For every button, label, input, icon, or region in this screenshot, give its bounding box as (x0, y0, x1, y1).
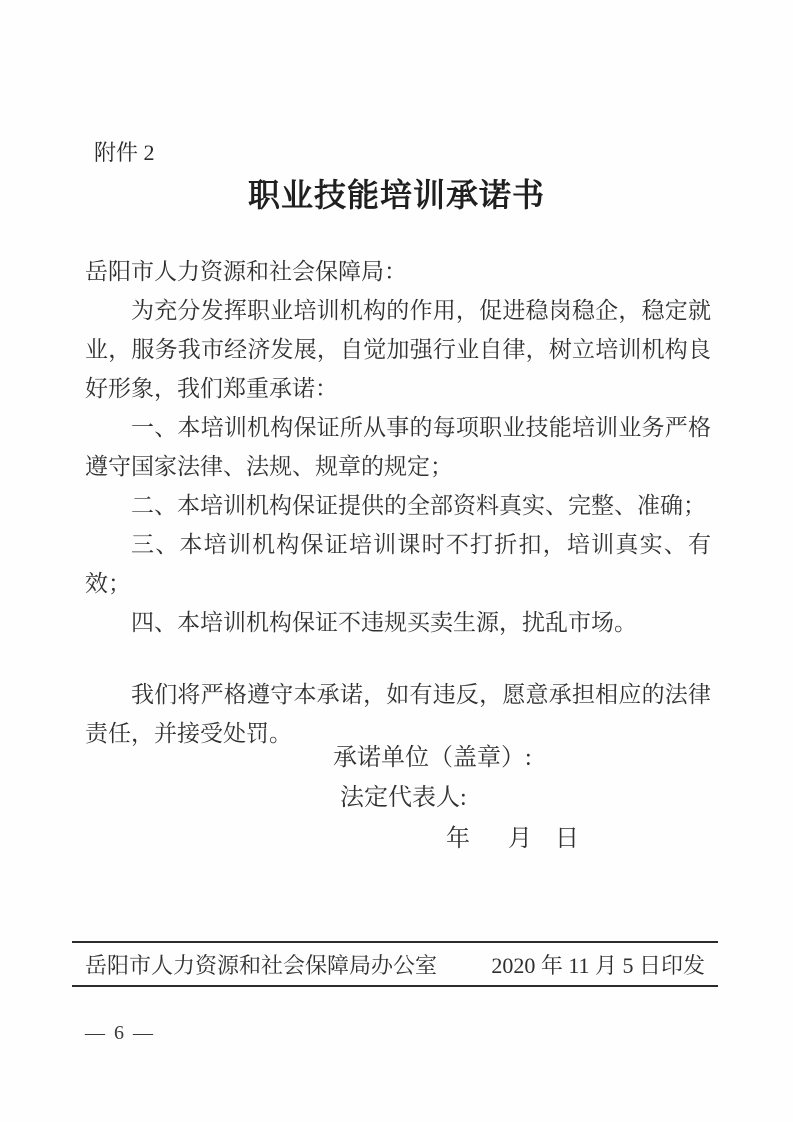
salutation: 岳阳市人力资源和社会保障局： (85, 252, 711, 291)
commitment-item-1: 一、本培训机构保证所从事的每项职业技能培训业务严格遵守国家法律、法规、规章的规定… (85, 408, 711, 486)
signature-date-line: 年月日 (446, 819, 579, 859)
document-page: 附件 2 职业技能培训承诺书 岳阳市人力资源和社会保障局： 为充分发挥职业培训机… (0, 0, 793, 1122)
date-day-label: 日 (555, 826, 579, 852)
intro-paragraph: 为充分发挥职业培训机构的作用，促进稳岗稳企，稳定就业，服务我市经济发展，自觉加强… (85, 291, 711, 408)
date-month-label: 月 (508, 826, 532, 852)
page-number: — 6 — (85, 1022, 155, 1045)
attachment-label: 附件 2 (94, 136, 155, 167)
footer-print-date: 2020 年 11 月 5 日印发 (491, 949, 718, 980)
footer-bar: 岳阳市人力资源和社会保障局办公室 2020 年 11 月 5 日印发 (72, 941, 718, 987)
signature-unit-label: 承诺单位（盖章）: (333, 738, 579, 778)
commitment-item-2: 二、本培训机构保证提供的全部资料真实、完整、准确； (85, 486, 711, 525)
commitment-item-3: 三、本培训机构保证培训课时不打折扣，培训真实、有效； (85, 525, 711, 603)
document-body: 岳阳市人力资源和社会保障局： 为充分发挥职业培训机构的作用，促进稳岗稳企，稳定就… (85, 252, 711, 753)
signature-block: 承诺单位（盖章）: 法定代表人: 年月日 (333, 738, 579, 859)
date-year-label: 年 (446, 826, 470, 852)
document-title: 职业技能培训承诺书 (0, 170, 793, 216)
signature-representative-label: 法定代表人: (340, 778, 579, 818)
commitment-item-4: 四、本培训机构保证不违规买卖生源，扰乱市场。 (85, 603, 711, 642)
footer-issuer: 岳阳市人力资源和社会保障局办公室 (72, 949, 437, 980)
